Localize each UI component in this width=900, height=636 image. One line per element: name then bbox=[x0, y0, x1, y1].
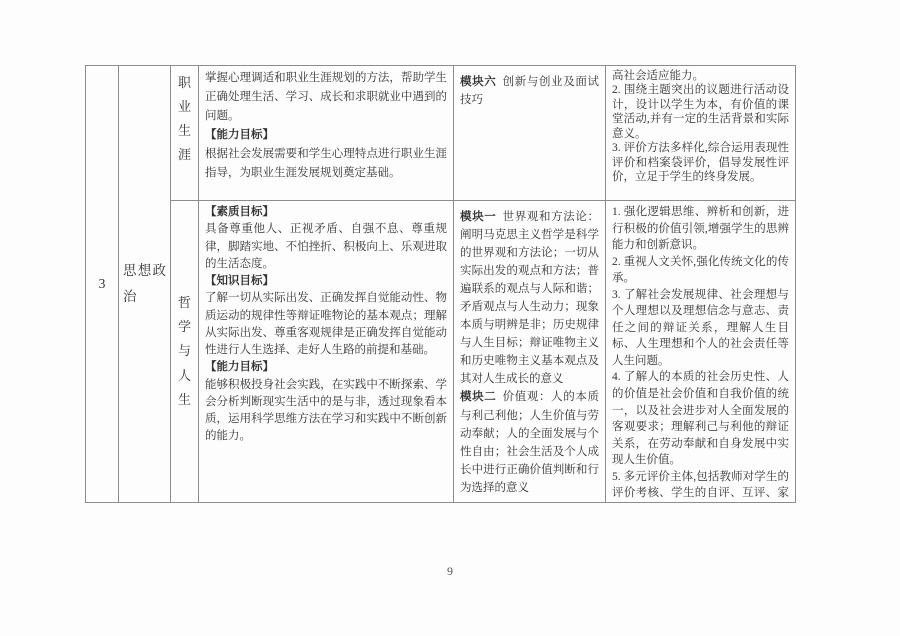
goals-paragraph: 具备尊重他人、正视矛盾、自强不息、尊重规律，脚踏实地、不怕挫折、积极向上、乐观进… bbox=[205, 221, 447, 273]
goals-paragraph: 了解一切从实际出发、正确发挥自觉能动性、物质运动的规律性等辩证唯物论的基本观点；… bbox=[205, 290, 447, 359]
course-name-cell: 思想政治 bbox=[119, 66, 171, 503]
subcourse-name: 职业生涯 bbox=[178, 75, 191, 162]
evaluation-item: 4. 了解人的本质的社会历史性、人的价值是社会价值和自我价值的统一，以及社会进步… bbox=[612, 369, 789, 468]
evaluation-item: 3. 了解社会发展规律、社会理想与个人理想以及理想信念与意志、责任之间的辩证关系… bbox=[612, 287, 789, 370]
table-row: 3 思想政治 职业生涯 掌握心理调适和职业生涯规划的方法，帮助学生正确处理生活、… bbox=[86, 66, 796, 201]
evaluation-cell-philosophy: 1. 强化逻辑思维、辨析和创新，进行积极的价值引领,增强学生的思辨能力和创新意识… bbox=[606, 201, 796, 503]
course-name: 思想政治 bbox=[123, 263, 166, 304]
evaluation-cell-career: 高社会适应能力。 2. 围绕主题突出的议题进行活动设计，设计以学生为本，有价值的… bbox=[606, 66, 796, 201]
module-item: 模块六创新与创业及面试技巧 bbox=[460, 73, 599, 109]
module-text: 世界观和方法论：阐明马克思主义哲学是科学的世界观和方法论；一切从实际出发的观点和… bbox=[460, 211, 599, 385]
goals-cell-philosophy: 【素质目标】 具备尊重他人、正视矛盾、自强不息、尊重规律，脚踏实地、不怕挫折、积… bbox=[199, 201, 454, 503]
module-label: 模块六 bbox=[460, 76, 496, 88]
subcourse-name: 哲学与人生 bbox=[178, 295, 191, 406]
module-text: 价值观：人的本质与利己利他；人生价值与劳动奉献；人的全面发展与个性自由；社会生活… bbox=[460, 391, 599, 493]
goals-heading: 【能力目标】 bbox=[205, 359, 447, 376]
module-item: 模块一世界观和方法论：阐明马克思主义哲学是科学的世界观和方法论；一切从实际出发的… bbox=[460, 208, 599, 388]
goals-paragraph: 掌握心理调适和职业生涯规划的方法，帮助学生正确处理生活、学习、成长和求职就业中遇… bbox=[205, 69, 447, 126]
goals-cell-career: 掌握心理调适和职业生涯规划的方法，帮助学生正确处理生活、学习、成长和求职就业中遇… bbox=[199, 66, 454, 201]
evaluation-item: 2. 围绕主题突出的议题进行活动设计，设计以学生为本，有价值的课堂活动,并有一定… bbox=[612, 83, 789, 141]
goals-heading: 【知识目标】 bbox=[205, 273, 447, 290]
table-row: 哲学与人生 【素质目标】 具备尊重他人、正视矛盾、自强不息、尊重规律，脚踏实地、… bbox=[86, 201, 796, 503]
module-item: 模块二价值观：人的本质与利己利他；人生价值与劳动奉献；人的全面发展与个性自由；社… bbox=[460, 388, 599, 496]
modules-cell-career: 模块六创新与创业及面试技巧 bbox=[454, 66, 606, 201]
evaluation-item: 3. 评价方法多样化,综合运用表现性评价和档案袋评价，倡导发展性评价，立足于学生… bbox=[612, 141, 789, 184]
sequence-number: 3 bbox=[99, 276, 106, 291]
modules-cell-philosophy: 模块一世界观和方法论：阐明马克思主义哲学是科学的世界观和方法论；一切从实际出发的… bbox=[454, 201, 606, 503]
document-page: { "page": { "number": "9" }, "table": { … bbox=[0, 0, 900, 636]
evaluation-item: 2. 重视人文关怀,强化传统文化的传承。 bbox=[612, 254, 789, 287]
module-label: 模块二 bbox=[460, 391, 496, 403]
goals-heading: 【素质目标】 bbox=[205, 204, 447, 221]
evaluation-item: 高社会适应能力。 bbox=[612, 69, 789, 83]
curriculum-table: 3 思想政治 职业生涯 掌握心理调适和职业生涯规划的方法，帮助学生正确处理生活、… bbox=[85, 65, 796, 503]
subcourse-cell-career: 职业生涯 bbox=[171, 66, 199, 201]
sequence-number-cell: 3 bbox=[86, 66, 119, 503]
goals-paragraph: 根据社会发展需要和学生心理特点进行职业生涯指导，为职业生涯发展规划奠定基础。 bbox=[205, 145, 447, 183]
evaluation-item: 1. 强化逻辑思维、辨析和创新，进行积极的价值引领,增强学生的思辨能力和创新意识… bbox=[612, 204, 789, 254]
module-label: 模块一 bbox=[460, 211, 496, 223]
subcourse-cell-philosophy: 哲学与人生 bbox=[171, 201, 199, 503]
page-number: 9 bbox=[0, 564, 900, 579]
goals-paragraph: 能够积极投身社会实践，在实践中不断探索、学会分析判断现实生活中的是与非，透过现象… bbox=[205, 377, 447, 446]
goals-heading: 【能力目标】 bbox=[205, 126, 447, 145]
evaluation-item: 5. 多元评价主体,包括教师对学生的评价考核、学生的自评、互评、家庭和社会的评价… bbox=[612, 469, 789, 501]
